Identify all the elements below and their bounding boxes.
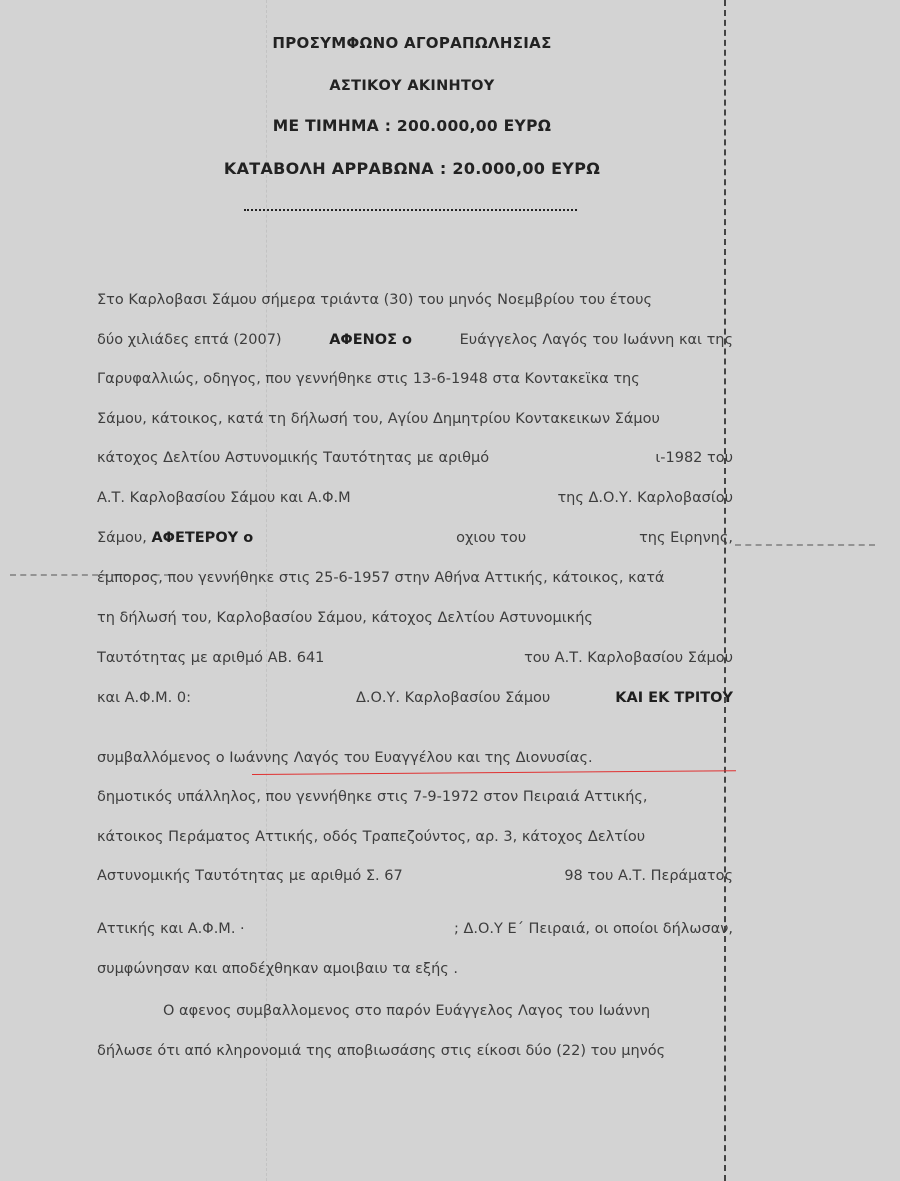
price-line: ΜΕ ΤΙΜΗΜΑ : 200.000,00 ΕΥΡΩ <box>0 117 824 135</box>
body-line-3: Γαρυφαλλιώς, οδηγος, που γεννήθηκε στις … <box>97 370 733 388</box>
scan-artifact-right <box>735 544 875 546</box>
body-line-9: τη δήλωσή του, Καρλοβασίου Σάμου, κάτοχο… <box>97 609 733 627</box>
body-line-8: έμπορος, που γεννήθηκε στις 25-6-1957 στ… <box>97 569 733 587</box>
body-line-16: Αττικής και Α.Φ.Μ. · ; Δ.Ο.Υ Ε΄ Πειραιά,… <box>97 920 733 938</box>
party-a-label: ΑΦΕΝΟΣ ο <box>329 331 412 349</box>
scanned-document-page: ΠΡΟΣΥΜΦΩΝΟ ΑΓΟΡΑΠΩΛΗΣΙΑΣ ΑΣΤΙΚΟΥ ΑΚΙΝΗΤΟ… <box>0 0 900 1181</box>
deposit-line: ΚΑΤΑΒΟΛΗ ΑΡΡΑΒΩΝΑ : 20.000,00 ΕΥΡΩ <box>0 159 824 178</box>
body-line-13: δημοτικός υπάλληλος, που γεννήθηκε στις … <box>97 788 733 806</box>
body-line-18: Ο αφενος συμβαλλομενος στο παρόν Ευάγγελ… <box>97 1002 733 1020</box>
body-line-17: συμφώνησαν και αποδέχθηκαν αμοιβαιυ τα ε… <box>97 960 733 978</box>
title-line-2: ΑΣΤΙΚΟΥ ΑΚΙΝΗΤΟΥ <box>0 78 824 94</box>
body-line-2: δύο χιλιάδες επτά (2007) ΑΦΕΝΟΣ ο Ευάγγε… <box>97 331 733 349</box>
body-line-5: κάτοχος Δελτίου Αστυνομικής Ταυτότητας μ… <box>97 449 733 467</box>
title-divider <box>244 209 577 211</box>
body-line-10: Ταυτότητας με αριθμό ΑΒ. 641 του Α.Τ. Κα… <box>97 649 733 667</box>
body-line-6: Α.Τ. Καρλοβασίου Σάμου και Α.Φ.Μ της Δ.Ο… <box>97 489 733 507</box>
third-party-label: ΚΑΙ ΕΚ ΤΡΙΤΟΥ <box>615 689 733 707</box>
body-line-19: δήλωσε ότι από κληρονομιά της αποβιωσάση… <box>97 1042 733 1060</box>
body-line-15: Αστυνομικής Ταυτότητας με αριθμό Σ. 67 9… <box>97 867 733 885</box>
body-line-11: και Α.Φ.Μ. 0: Δ.Ο.Υ. Καρλοβασίου Σάμου Κ… <box>97 689 733 707</box>
party-b-label: ΑΦΕΤΕΡΟΥ ο <box>151 530 253 546</box>
title-line-1: ΠΡΟΣΥΜΦΩΝΟ ΑΓΟΡΑΠΩΛΗΣΙΑΣ <box>0 34 824 52</box>
body-line-4: Σάμου, κάτοικος, κατά τη δήλωσή του, Αγί… <box>97 410 733 428</box>
body-line-12: συμβαλλόμενος ο Ιωάννης Λαγός του Ευαγγέ… <box>97 749 733 767</box>
red-underline-annotation <box>252 770 736 775</box>
body-line-1: Στο Καρλοβασι Σάμου σήμερα τριάντα (30) … <box>97 291 733 309</box>
body-line-7: Σάμου, ΑΦΕΤΕΡΟΥ ο οχιου του της Ειρηνης, <box>97 529 733 547</box>
body-line-14: κάτοικος Περάματος Αττικής, οδός Τραπεζο… <box>97 828 733 846</box>
